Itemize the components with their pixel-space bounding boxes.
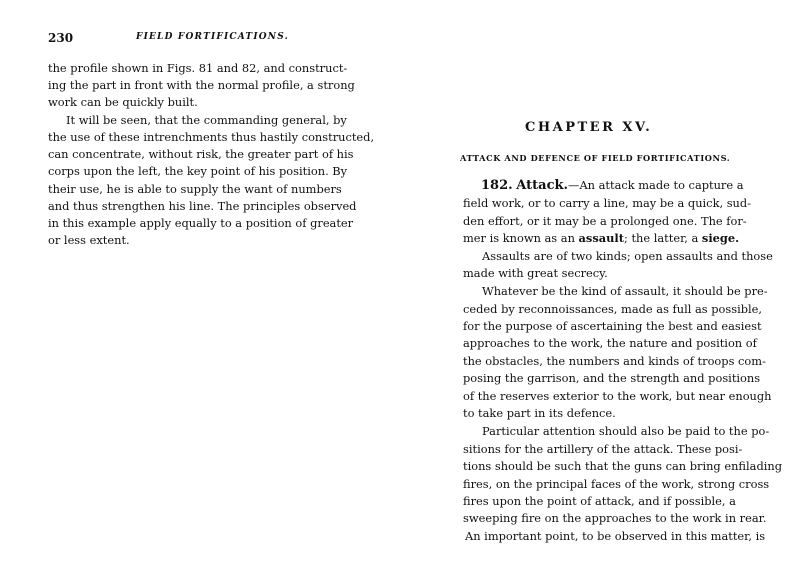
right-page: CHAPTER XV. ATTACK AND DEFENCE OF FIELD … (405, 0, 810, 584)
text-span: mer is known as an (463, 231, 579, 245)
text-line: and thus strengthen his line. The princi… (48, 199, 356, 213)
term-assault: assault (579, 231, 624, 245)
text-line: work can be quickly built. (48, 95, 198, 109)
text-line: of the reserves exterior to the work, bu… (463, 389, 772, 403)
text-line: An important point, to be observed in th… (465, 529, 765, 543)
text-span: ; the latter, a (624, 231, 702, 245)
text-line: corps upon the left, the key point of hi… (48, 164, 347, 178)
page-number: 230 (48, 31, 73, 45)
text-line: ceded by reconnoissances, made as full a… (463, 302, 762, 316)
text-line: to take part in its defence. (463, 406, 616, 420)
running-title: FIELD FORTIFICATIONS. (136, 32, 289, 42)
section-first-line: 182. Attack.—An attack made to capture a (481, 178, 744, 193)
text-line: mer is known as an assault; the latter, … (463, 231, 739, 245)
text-line: den effort, or it may be a prolonged one… (463, 214, 747, 228)
chapter-heading: CHAPTER XV. (525, 120, 652, 135)
text-line: can concentrate, without risk, the great… (48, 147, 353, 161)
text-line: field work, or to carry a line, may be a… (463, 196, 751, 210)
text-line: made with great secrecy. (463, 266, 608, 280)
text-line: their use, he is able to supply the want… (48, 182, 342, 196)
text-line: sitions for the artillery of the attack.… (463, 442, 742, 456)
text-line: It will be seen, that the commanding gen… (66, 113, 347, 127)
running-head: 230 FIELD FORTIFICATIONS. (48, 31, 348, 47)
text-line: for the purpose of ascertaining the best… (463, 319, 762, 333)
left-page: 230 FIELD FORTIFICATIONS. the profile sh… (0, 0, 405, 584)
text-line: sweeping fire on the approaches to the w… (463, 511, 766, 525)
text-line: the use of these intrenchments thus hast… (48, 130, 374, 144)
chapter-subtitle: ATTACK AND DEFENCE OF FIELD FORTIFICATIO… (460, 153, 730, 163)
text-line: in this example apply equally to a posit… (48, 216, 353, 230)
term-siege: siege. (702, 231, 739, 245)
text-line: posing the garrison, and the strength an… (463, 371, 760, 385)
text-line: approaches to the work, the nature and p… (463, 336, 757, 350)
text-line: fires upon the point of attack, and if p… (463, 494, 736, 508)
text-line: Particular attention should also be paid… (482, 424, 769, 438)
text-line: Whatever be the kind of assault, it shou… (482, 284, 768, 298)
text-line: ing the part in front with the normal pr… (48, 78, 355, 92)
section-number: 182. (481, 178, 513, 193)
text-line: the profile shown in Figs. 81 and 82, an… (48, 61, 347, 75)
text-line: the obstacles, the numbers and kinds of … (463, 354, 766, 368)
section-text: —An attack made to capture a (568, 178, 744, 192)
text-line: tions should be such that the guns can b… (463, 459, 782, 473)
text-line: fires, on the principal faces of the wor… (463, 477, 769, 491)
section-title: Attack. (516, 178, 568, 193)
text-line: or less extent. (48, 233, 130, 247)
text-line: Assaults are of two kinds; open assaults… (482, 249, 773, 263)
